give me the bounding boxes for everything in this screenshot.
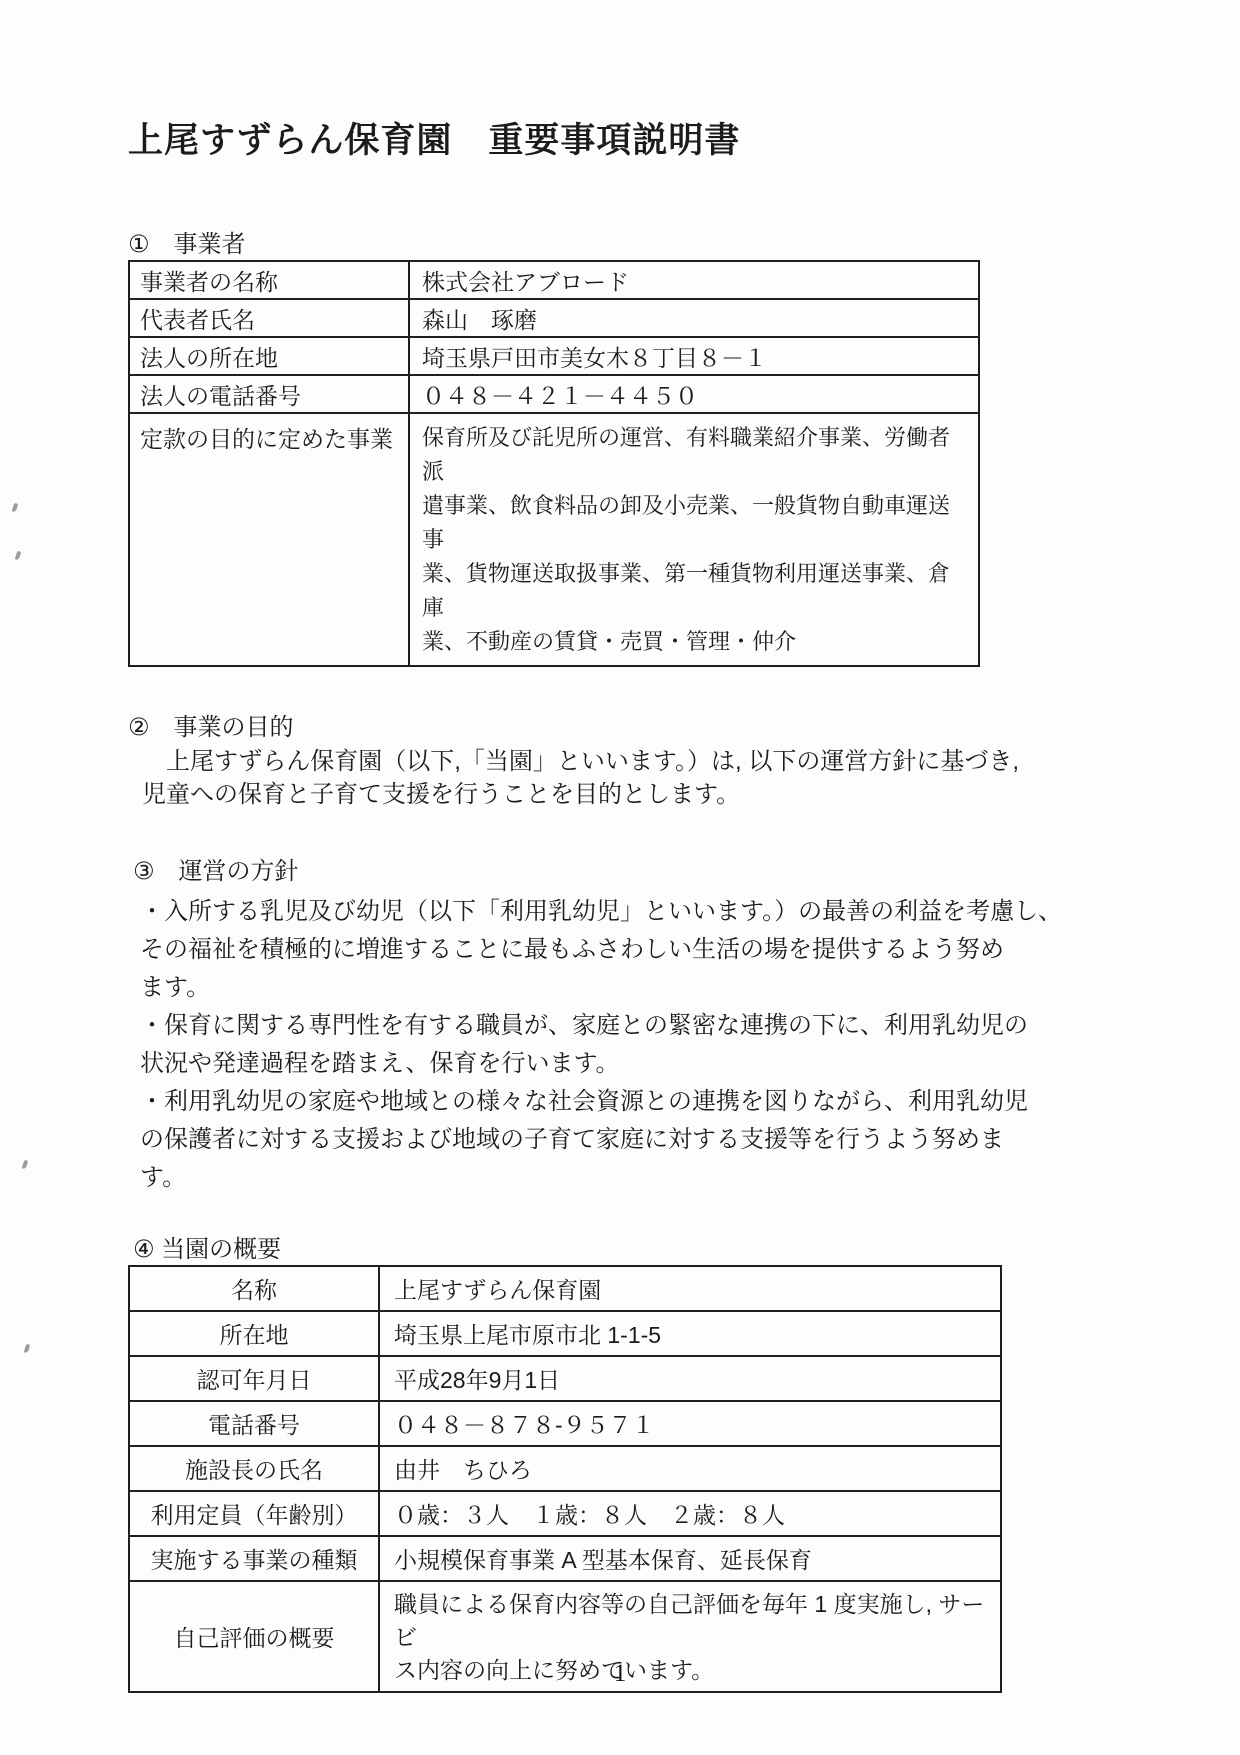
policy-bullet: ・利用乳幼児の家庭や地域との様々な社会資源との連携を図りながら、利用乳幼児 の保… [140,1083,1123,1197]
row-value: 上尾すずらん保育園 [379,1266,1001,1311]
row-label: 所在地 [129,1311,379,1356]
section-operator: ① 事業者 事業者の名称 株式会社アブロード 代表者氏名 森山 琢磨 法人の所在… [128,230,1123,667]
document-page: 上尾すずらん保育園 重要事項説明書 ① 事業者 事業者の名称 株式会社アブロード… [0,0,1240,1755]
row-value: 小規模保育事業 A 型基本保育、延長保育 [379,1536,1001,1581]
row-value: ０４８－４２１－４４５０ [409,375,979,413]
table-row: 所在地 埼玉県上尾市原市北 1-1-5 [129,1311,1001,1356]
table-row: 代表者氏名 森山 琢磨 [129,299,979,337]
row-label: 名称 [129,1266,379,1311]
row-label: 利用定員（年齢別） [129,1491,379,1536]
section-operator-heading: ① 事業者 [128,230,1123,260]
row-label: 事業者の名称 [129,261,409,299]
row-value: 株式会社アブロード [409,261,979,299]
section-overview-heading: ④ 当園の概要 [133,1235,1123,1265]
row-value: 埼玉県上尾市原市北 1-1-5 [379,1311,1001,1356]
scan-artifact [12,503,19,513]
row-value: 平成28年9月1日 [379,1356,1001,1401]
policy-bullet: ・入所する乳児及び幼児（以下「利用乳幼児」といいます。）の最善の利益を考慮し、 … [140,893,1123,1007]
row-value: 由井 ちひろ [379,1446,1001,1491]
section-policy: ③ 運営の方針 ・入所する乳児及び幼児（以下「利用乳幼児」といいます。）の最善の… [128,857,1123,1197]
policy-bullet: ・保育に関する専門性を有する職員が、家庭との緊密な連携の下に、利用乳幼児の 状況… [140,1007,1123,1083]
page-number: 1 [0,1660,1240,1688]
row-value: 埼玉県戸田市美女木８丁目８－１ [409,337,979,375]
row-label: 法人の電話番号 [129,375,409,413]
row-value: ０歳：３人 １歳：８人 ２歳：８人 [379,1491,1001,1536]
operator-table: 事業者の名称 株式会社アブロード 代表者氏名 森山 琢磨 法人の所在地 埼玉県戸… [128,260,980,667]
row-label: 実施する事業の種類 [129,1536,379,1581]
row-label: 認可年月日 [129,1356,379,1401]
scan-artifact [15,551,22,561]
row-label: 定款の目的に定めた事業 [129,413,409,666]
table-row: 法人の所在地 埼玉県戸田市美女木８丁目８－１ [129,337,979,375]
section-overview: ④ 当園の概要 名称 上尾すずらん保育園 所在地 埼玉県上尾市原市北 1-1-5… [128,1235,1123,1693]
policy-bullet-list: ・入所する乳児及び幼児（以下「利用乳幼児」といいます。）の最善の利益を考慮し、 … [140,893,1123,1197]
purpose-paragraph: 上尾すずらん保育園（以下,「当園」といいます。）は, 以下の運営方針に基づき, … [142,745,1123,811]
section-purpose-heading: ② 事業の目的 [128,713,1123,743]
row-value: 保育所及び託児所の運営、有料職業紹介事業、労働者派 遣事業、飲食料品の卸及小売業… [409,413,979,666]
section-policy-heading: ③ 運営の方針 [133,857,1123,887]
document-content: 上尾すずらん保育園 重要事項説明書 ① 事業者 事業者の名称 株式会社アブロード… [128,118,1123,1693]
overview-table: 名称 上尾すずらん保育園 所在地 埼玉県上尾市原市北 1-1-5 認可年月日 平… [128,1265,1002,1693]
scan-artifact [22,1160,29,1170]
table-row: 利用定員（年齢別） ０歳：３人 １歳：８人 ２歳：８人 [129,1491,1001,1536]
row-label: 施設長の氏名 [129,1446,379,1491]
document-title: 上尾すずらん保育園 重要事項説明書 [128,118,1123,164]
table-row: 電話番号 ０４８－８７８-９５７１ [129,1401,1001,1446]
table-row: 実施する事業の種類 小規模保育事業 A 型基本保育、延長保育 [129,1536,1001,1581]
scan-artifact [24,1344,31,1354]
row-value: ０４８－８７８-９５７１ [379,1401,1001,1446]
row-value: 森山 琢磨 [409,299,979,337]
row-label: 代表者氏名 [129,299,409,337]
row-label: 電話番号 [129,1401,379,1446]
table-row: 名称 上尾すずらん保育園 [129,1266,1001,1311]
section-purpose: ② 事業の目的 上尾すずらん保育園（以下,「当園」といいます。）は, 以下の運営… [128,713,1123,811]
table-row: 法人の電話番号 ０４８－４２１－４４５０ [129,375,979,413]
table-row: 施設長の氏名 由井 ちひろ [129,1446,1001,1491]
table-row: 認可年月日 平成28年9月1日 [129,1356,1001,1401]
table-row: 事業者の名称 株式会社アブロード [129,261,979,299]
row-label: 法人の所在地 [129,337,409,375]
table-row: 定款の目的に定めた事業 保育所及び託児所の運営、有料職業紹介事業、労働者派 遣事… [129,413,979,666]
